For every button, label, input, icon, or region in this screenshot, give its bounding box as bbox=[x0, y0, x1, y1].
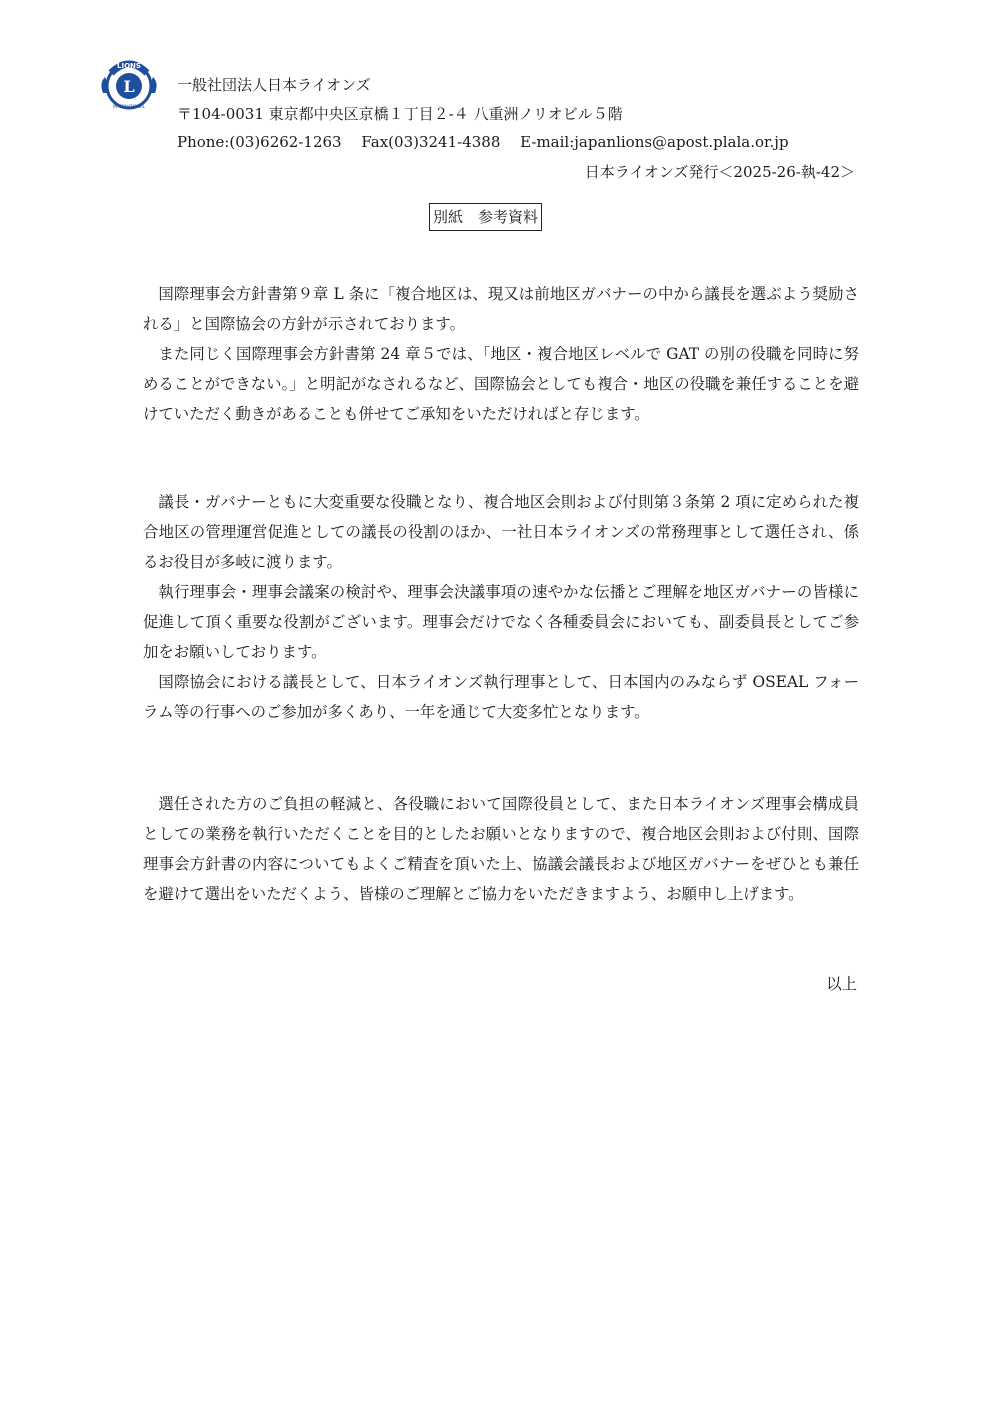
paragraph: 国際理事会方針書第９章 L 条に「複合地区は、現又は前地区ガバナーの中から議長を… bbox=[143, 279, 859, 339]
svg-text:L: L bbox=[123, 77, 134, 96]
section-request: 選任された方のご負担の軽減と、各役職において国際役員として、また日本ライオンズ理… bbox=[143, 789, 859, 909]
fax: Fax(03)3241-4388 bbox=[361, 133, 500, 151]
contact-line: Phone:(03)6262-1263 Fax(03)3241-4388 E-m… bbox=[177, 132, 789, 152]
email-link[interactable]: E-mail:japanlions@apost.plala.or.jp bbox=[520, 133, 788, 151]
document-title: 別紙 参考資料 bbox=[429, 203, 542, 231]
paragraph: 選任された方のご負担の軽減と、各役職において国際役員として、また日本ライオンズ理… bbox=[143, 789, 859, 909]
address: 〒104-0031 東京都中央区京橋１丁目２-４ 八重洲ノリオビル５階 bbox=[177, 104, 623, 124]
closing-mark: 以上 bbox=[826, 972, 857, 994]
paragraph: 議長・ガバナーともに大変重要な役職となり、複合地区会則および付則第３条第 2 項… bbox=[143, 487, 859, 577]
phone: Phone:(03)6262-1263 bbox=[177, 133, 342, 151]
svg-text:LIONS: LIONS bbox=[117, 62, 141, 70]
paragraph: また同じく国際理事会方針書第 24 章５では、「地区・複合地区レベルで GAT … bbox=[143, 339, 859, 429]
svg-text:INTERNATIONAL: INTERNATIONAL bbox=[113, 104, 146, 109]
section-roles: 議長・ガバナーともに大変重要な役職となり、複合地区会則および付則第３条第 2 項… bbox=[143, 487, 859, 727]
paragraph: 執行理事会・理事会議案の検討や、理事会決議事項の速やかな伝播とご理解を地区ガバナ… bbox=[143, 577, 859, 667]
section-policy: 国際理事会方針書第９章 L 条に「複合地区は、現又は前地区ガバナーの中から議長を… bbox=[143, 279, 859, 429]
issue-number: 日本ライオンズ発行＜2025-26-執-42＞ bbox=[585, 161, 855, 182]
lions-international-logo-icon: L LIONS INTERNATIONAL bbox=[97, 53, 161, 117]
organization-name: 一般社団法人日本ライオンズ bbox=[177, 75, 371, 95]
paragraph: 国際協会における議長として、日本ライオンズ執行理事として、日本国内のみならず O… bbox=[143, 667, 859, 727]
